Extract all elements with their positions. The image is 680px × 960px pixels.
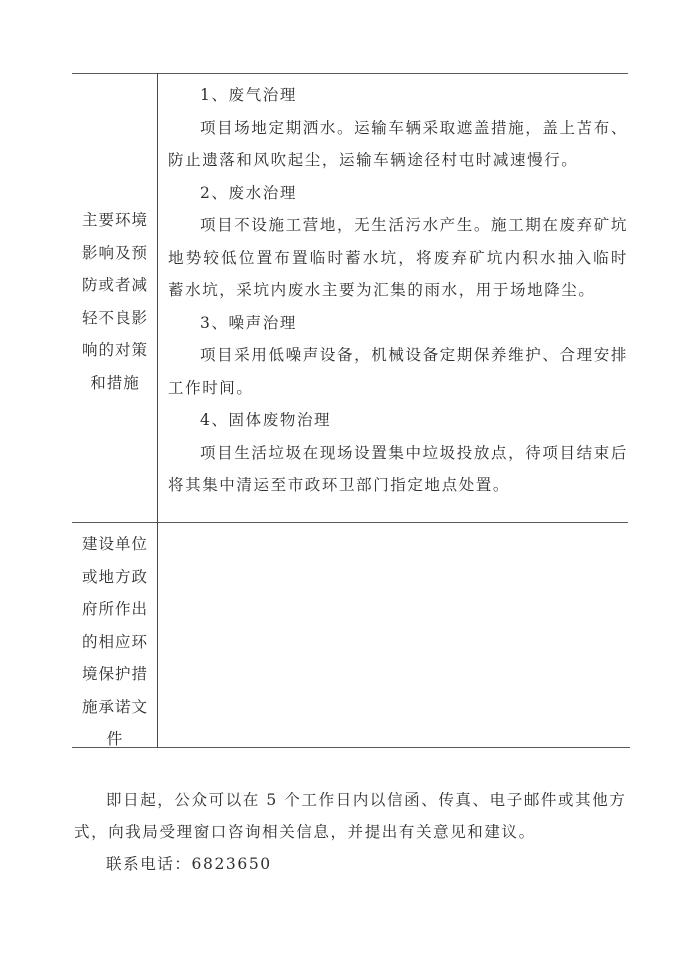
label-line: 建设单位 — [74, 528, 156, 561]
label-line: 轻不良影 — [74, 302, 156, 335]
section-heading-wastewater: 2、废水治理 — [168, 177, 628, 210]
row-content-government-commitments — [168, 528, 628, 743]
label-line: 件 — [74, 723, 156, 756]
contact-phone: 联系电话：6823650 — [74, 848, 634, 880]
label-line: 府所作出 — [74, 593, 156, 626]
row-content-environmental-measures: 1、废气治理 项目场地定期洒水。运输车辆采取遮盖措施，盖上苫布、防止遗落和风吹起… — [168, 79, 628, 502]
section-body-wastewater: 项目不设施工营地，无生活污水产生。施工期在废弃矿坑地势较低位置布置临时蓄水坑，将… — [168, 209, 628, 307]
section-body-noise: 项目采用低噪声设备，机械设备定期保养维护、合理安排工作时间。 — [168, 339, 628, 404]
label-line: 影响及预 — [74, 237, 156, 270]
table-middle-border — [72, 522, 628, 523]
phone-label: 联系电话： — [106, 855, 192, 873]
document-page: 主要环境 影响及预 防或者减 轻不良影 响的对策 和措施 1、废气治理 项目场地… — [0, 0, 680, 960]
row-label-government-commitments: 建设单位 或地方政 府所作出 的相应环 境保护措 施承诺文 件 — [74, 528, 156, 756]
section-body-solid-waste: 项目生活垃圾在现场设置集中垃圾投放点，待项目结束后将其集中清运至市政环卫部门指定… — [168, 437, 628, 502]
label-line: 响的对策 — [74, 334, 156, 367]
label-line: 主要环境 — [74, 204, 156, 237]
label-line: 施承诺文 — [74, 691, 156, 724]
label-line: 防或者减 — [74, 269, 156, 302]
section-heading-exhaust-gas: 1、废气治理 — [168, 79, 628, 112]
table-column-divider — [157, 73, 158, 748]
section-heading-solid-waste: 4、固体废物治理 — [168, 404, 628, 437]
label-line: 和措施 — [74, 367, 156, 400]
phone-number: 6823650 — [192, 855, 272, 873]
label-line: 或地方政 — [74, 561, 156, 594]
public-notice: 即日起，公众可以在 5 个工作日内以信函、传真、电子邮件或其他方式，向我局受理窗… — [74, 784, 634, 880]
table-top-border — [72, 73, 628, 74]
section-body-exhaust-gas: 项目场地定期洒水。运输车辆采取遮盖措施，盖上苫布、防止遗落和风吹起尘，运输车辆途… — [168, 112, 628, 177]
label-line: 的相应环 — [74, 626, 156, 659]
label-line: 境保护措 — [74, 658, 156, 691]
row-label-environmental-measures: 主要环境 影响及预 防或者减 轻不良影 响的对策 和措施 — [74, 204, 156, 399]
section-heading-noise: 3、噪声治理 — [168, 307, 628, 340]
notice-text: 即日起，公众可以在 5 个工作日内以信函、传真、电子邮件或其他方式，向我局受理窗… — [74, 784, 634, 848]
